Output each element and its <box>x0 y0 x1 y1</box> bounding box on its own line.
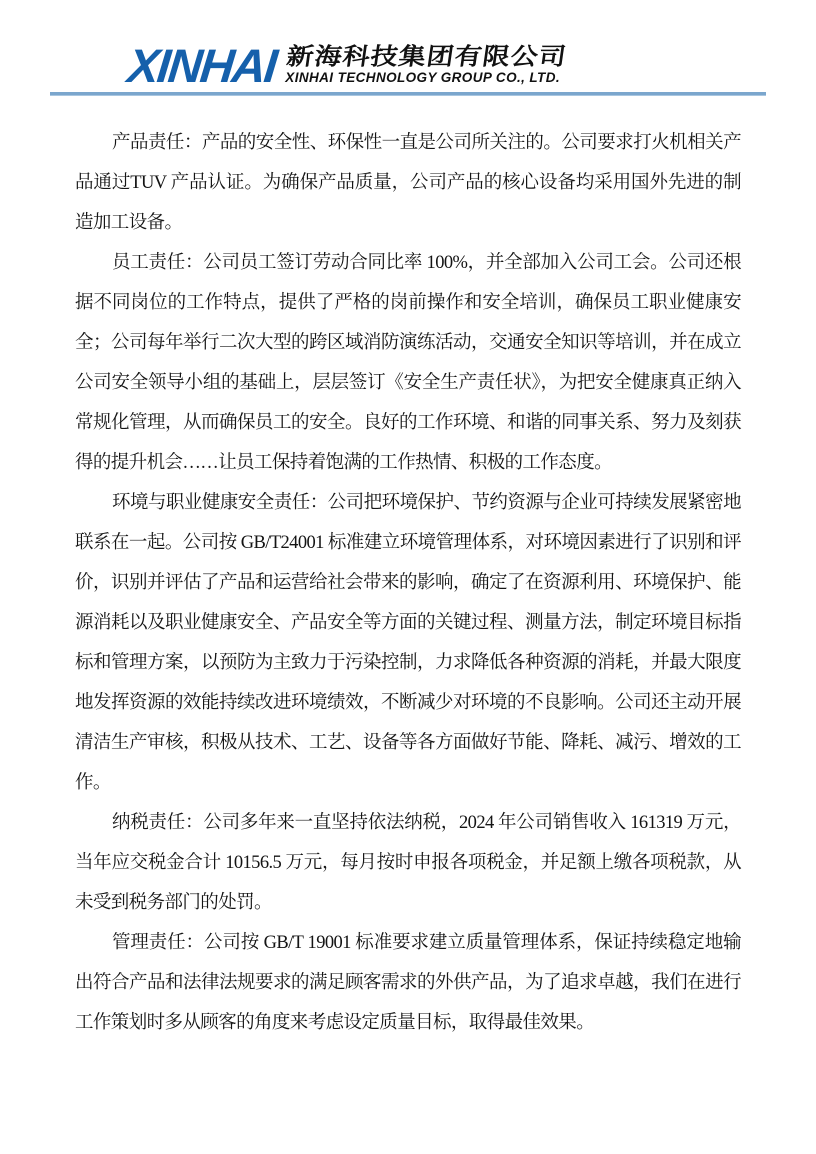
paragraph-environment-health-safety-responsibility: 环境与职业健康安全责任：公司把环境保护、节约资源与企业可持续发展紧密地联系在一起… <box>75 483 741 803</box>
paragraph-management-responsibility: 管理责任：公司按 GB/T 19001 标准要求建立质量管理体系，保证持续稳定地… <box>75 923 741 1043</box>
xinhai-logo: XINHAI <box>126 47 277 86</box>
paragraph-product-responsibility: 产品责任：产品的安全性、环保性一直是公司所关注的。公司要求打火机相关产品通过TU… <box>75 123 741 243</box>
paragraph-tax-responsibility: 纳税责任：公司多年来一直坚持依法纳税，2024 年公司销售收入 161319 万… <box>75 803 741 923</box>
document-body: 产品责任：产品的安全性、环保性一直是公司所关注的。公司要求打火机相关产品通过TU… <box>75 123 741 1043</box>
company-name-english: XINHAI TECHNOLOGY GROUP CO., LTD. <box>285 71 560 85</box>
paragraph-employee-responsibility: 员工责任：公司员工签订劳动合同比率 100%，并全部加入公司工会。公司还根据不同… <box>75 243 741 483</box>
company-letterhead: XINHAI 新海科技集团有限公司 XINHAI TECHNOLOGY GROU… <box>0 0 816 86</box>
document-page: XINHAI 新海科技集团有限公司 XINHAI TECHNOLOGY GROU… <box>0 0 816 1154</box>
company-name-chinese: 新海科技集团有限公司 <box>285 45 568 69</box>
logo-row: XINHAI 新海科技集团有限公司 XINHAI TECHNOLOGY GROU… <box>128 42 766 86</box>
header-divider-line <box>50 92 766 96</box>
company-names: 新海科技集团有限公司 XINHAI TECHNOLOGY GROUP CO., … <box>285 42 565 86</box>
